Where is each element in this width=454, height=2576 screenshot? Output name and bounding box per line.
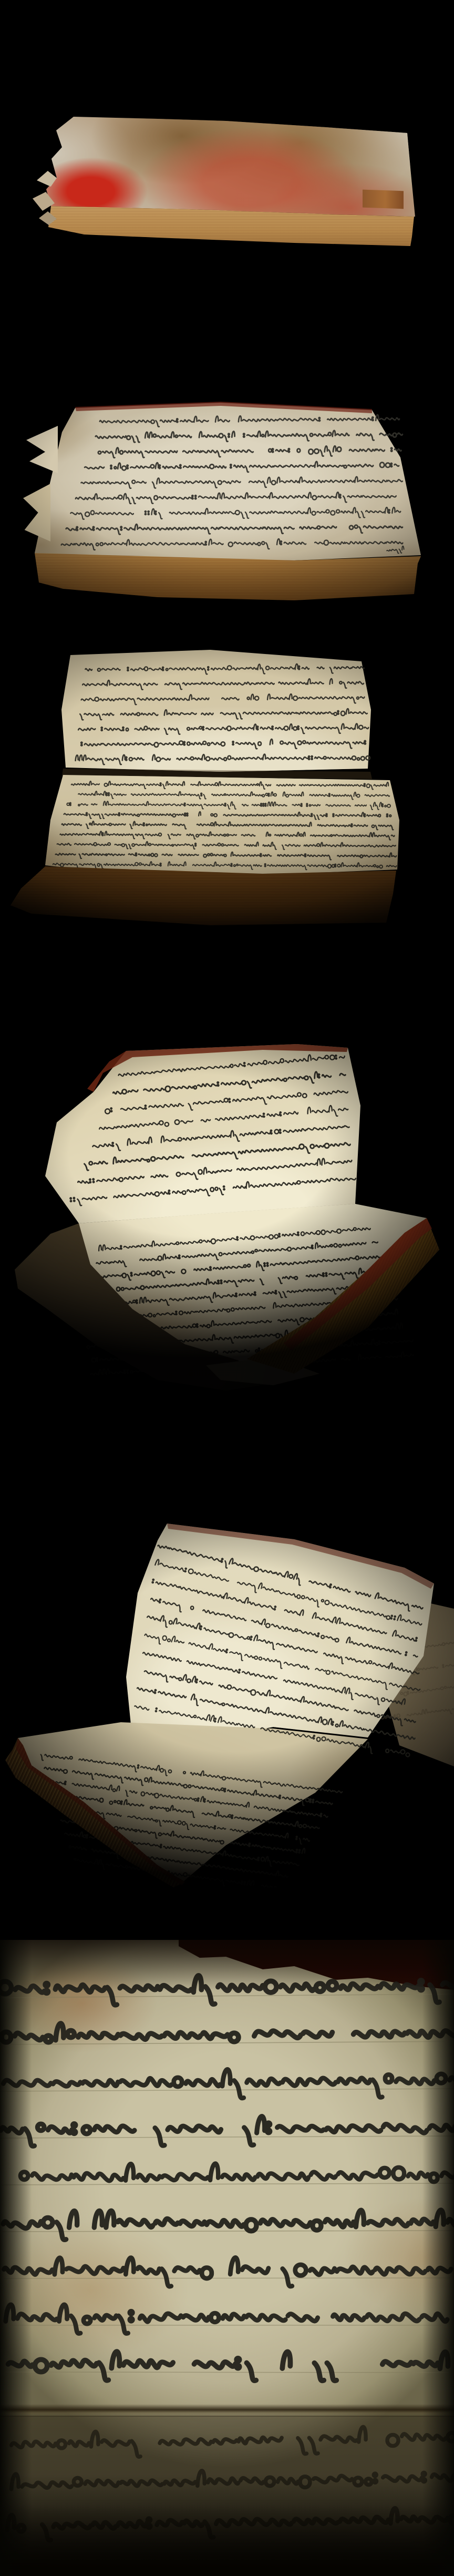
photo-open-page xyxy=(0,368,454,620)
photo-standing-spread xyxy=(0,1519,454,1887)
photo-script-close-up xyxy=(0,1940,454,2576)
vignette xyxy=(0,368,454,620)
vignette xyxy=(0,647,454,933)
vignette xyxy=(0,1519,454,1887)
vignette xyxy=(0,1044,454,1393)
photo-angled-spread xyxy=(0,1044,454,1393)
vignette xyxy=(0,1940,454,2576)
cover-label-patch xyxy=(363,190,404,209)
photo-collage xyxy=(0,0,454,2576)
photo-closed-manuscript xyxy=(0,79,454,258)
photo-open-spread xyxy=(0,647,454,933)
